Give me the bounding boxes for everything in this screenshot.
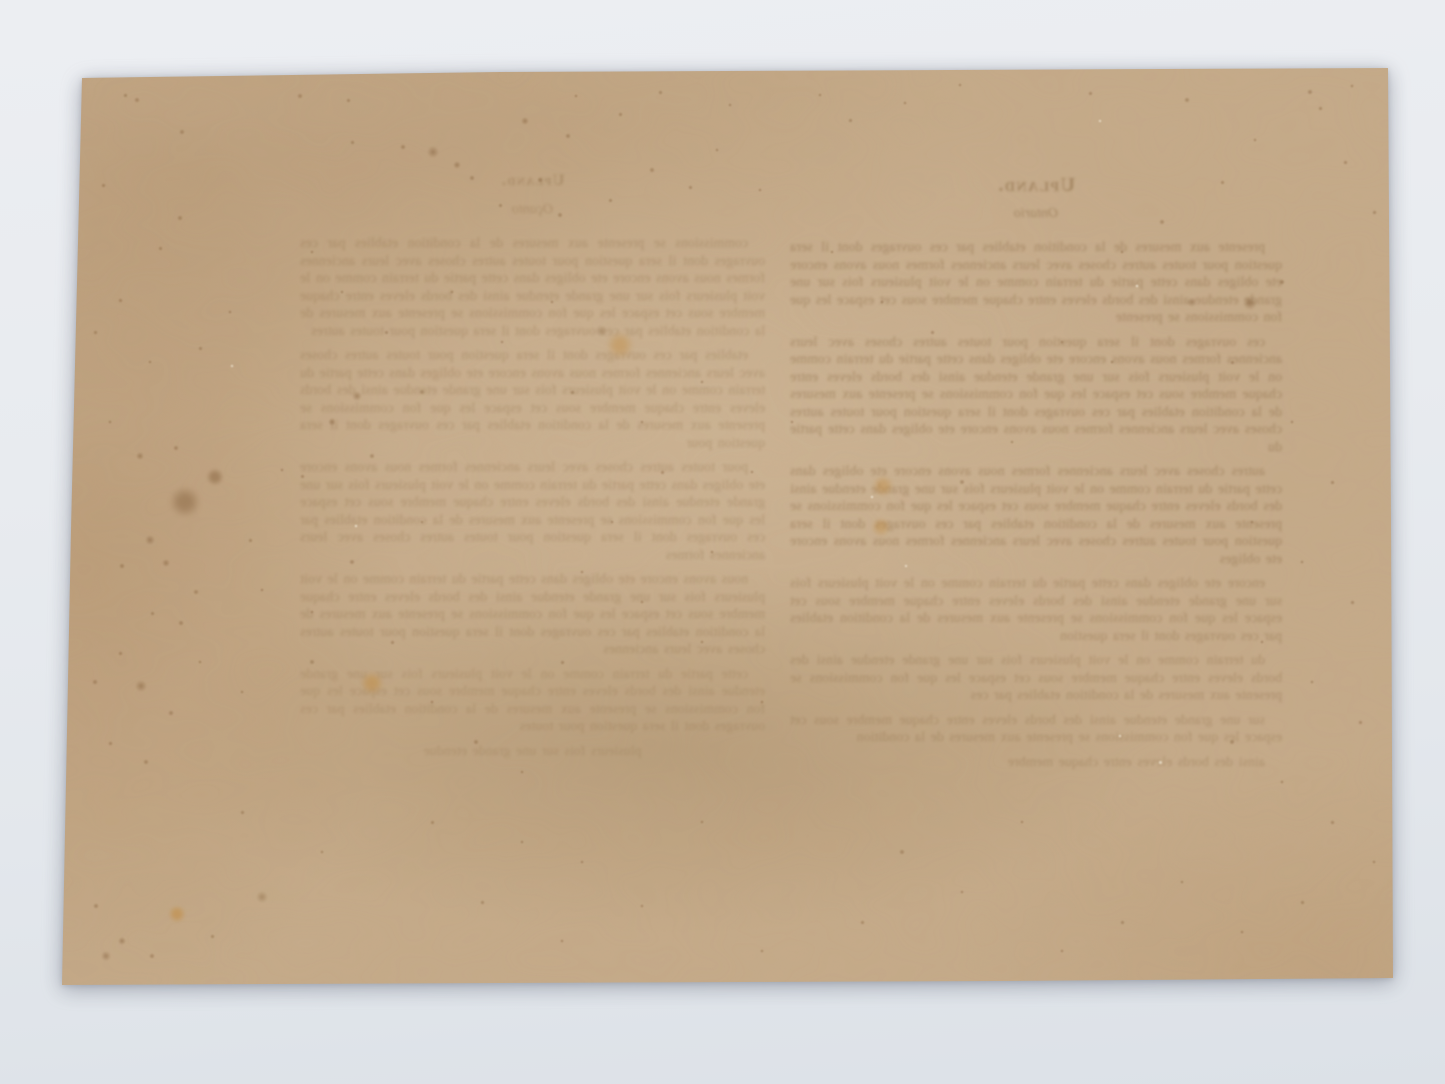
showthrough-paragraph: cette partie du terrain comme on le voit… xyxy=(300,665,765,735)
foxing-spot xyxy=(169,486,201,518)
foxing-spot xyxy=(143,759,149,765)
foxing-spot xyxy=(297,93,303,99)
foxing-spot xyxy=(1020,820,1024,824)
foxing-spot xyxy=(658,90,663,95)
showthrough-paragraph: plusieurs fois sur une grande etendue xyxy=(300,742,765,760)
foxing-spot xyxy=(256,891,268,903)
foxing-spot xyxy=(198,346,203,351)
foxing-spot xyxy=(92,679,98,685)
photo-of-antique-paper: Upland. Oçanto commissions se presente a… xyxy=(0,0,1445,1084)
foxing-spot xyxy=(210,934,215,939)
foxing-spot xyxy=(565,133,571,139)
foxing-spot xyxy=(101,951,111,961)
foxing-spot xyxy=(618,112,623,117)
showthrough-paragraph: encore ete obliges dans cette partie du … xyxy=(790,574,1282,644)
foxing-spot xyxy=(728,103,732,107)
showthrough-paragraph: nous avons encore ete obliges dans cette… xyxy=(300,570,765,658)
foxing-spot xyxy=(848,118,853,123)
foxing-spot xyxy=(960,890,964,894)
foxing-spot xyxy=(240,690,244,694)
showthrough-paragraph: autres choses avec leurs anciennes forme… xyxy=(790,462,1282,567)
foxing-spot xyxy=(173,445,179,451)
foxing-spot xyxy=(1318,106,1323,111)
foxing-spot xyxy=(1088,91,1093,96)
foxing-spot xyxy=(700,820,704,824)
foxing-spot xyxy=(230,364,234,368)
foxing-spot xyxy=(123,93,128,98)
foxing-spot xyxy=(480,900,485,905)
foxing-spot xyxy=(1120,920,1125,925)
foxing-spot xyxy=(178,620,184,626)
foxing-spot xyxy=(520,770,524,774)
foxing-spot xyxy=(158,246,163,251)
foxing-spot xyxy=(1180,880,1184,884)
foxing-spot xyxy=(177,215,183,221)
foxing-spot xyxy=(1350,84,1354,88)
foxing-spot xyxy=(1060,949,1064,953)
showthrough-paragraph: du terrain comme on le voit plusieurs fo… xyxy=(790,651,1282,704)
foxing-spot xyxy=(715,148,719,152)
foxing-spot xyxy=(240,810,245,815)
foxing-spot xyxy=(899,849,905,855)
foxing-spot xyxy=(760,949,764,953)
foxing-spot xyxy=(1372,860,1376,864)
foxing-spot xyxy=(93,330,98,335)
foxing-spot xyxy=(958,83,962,87)
foxing-spot xyxy=(1098,119,1102,123)
foxing-spot xyxy=(206,468,224,486)
foxing-spot xyxy=(149,953,155,959)
foxing-spot xyxy=(108,420,112,424)
foxing-spot xyxy=(1310,680,1314,684)
showthrough-paragraph: presente aux mesures de la condition eta… xyxy=(790,238,1282,326)
showthrough-paragraph: etablies par ces ouvrages dont il sera q… xyxy=(300,346,765,451)
showthrough-paragraph: ainsi des bords eleves entre chaque memb… xyxy=(790,753,1282,771)
showthrough-paragraph: commissions se presente aux mesures de l… xyxy=(300,234,765,339)
showthrough-paragraph: sur une grande etendue ainsi des bords e… xyxy=(790,711,1282,746)
foxing-spot xyxy=(520,840,524,844)
foxing-spot xyxy=(260,588,264,592)
foxing-spot xyxy=(93,903,99,909)
foxing-spot xyxy=(248,538,253,543)
foxing-spot xyxy=(135,680,147,692)
foxing-spot xyxy=(1300,900,1305,905)
foxing-spot xyxy=(193,589,199,595)
foxing-spot xyxy=(1300,560,1304,564)
foxing-spot xyxy=(148,360,152,364)
showthrough-column-right: Upland. Ontario presente aux mesures de … xyxy=(790,174,1282,777)
foxing-spot xyxy=(150,611,155,616)
foxing-spot xyxy=(560,939,564,943)
foxing-spot xyxy=(118,298,123,303)
foxing-spot xyxy=(427,146,439,158)
showthrough-column-left: Upland. Oçanto commissions se presente a… xyxy=(300,170,765,766)
paper-sheet: Upland. Oçanto commissions se presente a… xyxy=(0,0,1445,1084)
foxing-spot xyxy=(903,101,907,105)
foxing-spot xyxy=(1240,930,1244,934)
foxing-spot xyxy=(1253,138,1257,142)
foxing-spot xyxy=(168,710,174,716)
foxing-spot xyxy=(119,563,125,569)
foxing-spot xyxy=(198,660,202,664)
foxing-spot xyxy=(1343,160,1348,165)
foxing-spot xyxy=(320,850,324,854)
showthrough-header: Upland. xyxy=(300,170,765,192)
foxing-spot xyxy=(162,559,170,567)
foxing-spot xyxy=(580,860,584,864)
foxing-spot xyxy=(118,651,123,656)
foxing-spot xyxy=(453,161,461,169)
foxing-spot xyxy=(350,140,355,145)
foxing-spot xyxy=(1280,780,1284,784)
foxing-spot xyxy=(280,468,284,472)
foxing-spot xyxy=(430,820,435,825)
foxing-spot xyxy=(1358,720,1363,725)
foxing-spot xyxy=(168,905,186,923)
foxing-spot xyxy=(400,144,406,150)
foxing-spot xyxy=(1184,97,1190,103)
foxing-spot xyxy=(1350,600,1355,605)
foxing-spot xyxy=(860,920,865,925)
foxing-spot xyxy=(1307,89,1313,95)
foxing-spot xyxy=(108,741,113,746)
foxing-spot xyxy=(179,129,185,135)
foxing-spot xyxy=(134,97,140,103)
showthrough-header: Upland. xyxy=(790,174,1282,196)
foxing-spot xyxy=(1290,420,1294,424)
foxing-spot xyxy=(136,452,144,460)
foxing-spot xyxy=(1330,820,1335,825)
paper-shadow-wrap: Upland. Oçanto commissions se presente a… xyxy=(0,0,1445,1084)
foxing-spot xyxy=(1372,210,1377,215)
foxing-spot xyxy=(521,117,529,125)
foxing-spot xyxy=(145,535,155,545)
foxing-spot xyxy=(228,310,232,314)
foxing-spot xyxy=(818,93,822,97)
showthrough-subheader: Oçanto xyxy=(300,201,765,219)
showthrough-subheader: Ontario xyxy=(790,205,1282,223)
foxing-spot xyxy=(101,183,106,188)
foxing-spot xyxy=(346,98,351,103)
foxing-spot xyxy=(574,94,578,98)
foxing-spot xyxy=(1330,480,1335,485)
foxing-spot xyxy=(118,937,126,945)
foxing-spot xyxy=(640,904,644,908)
showthrough-paragraph: ces ouvrages dont il sera question pour … xyxy=(790,333,1282,456)
showthrough-paragraph: pour toutes autres choses avec leurs anc… xyxy=(300,458,765,563)
